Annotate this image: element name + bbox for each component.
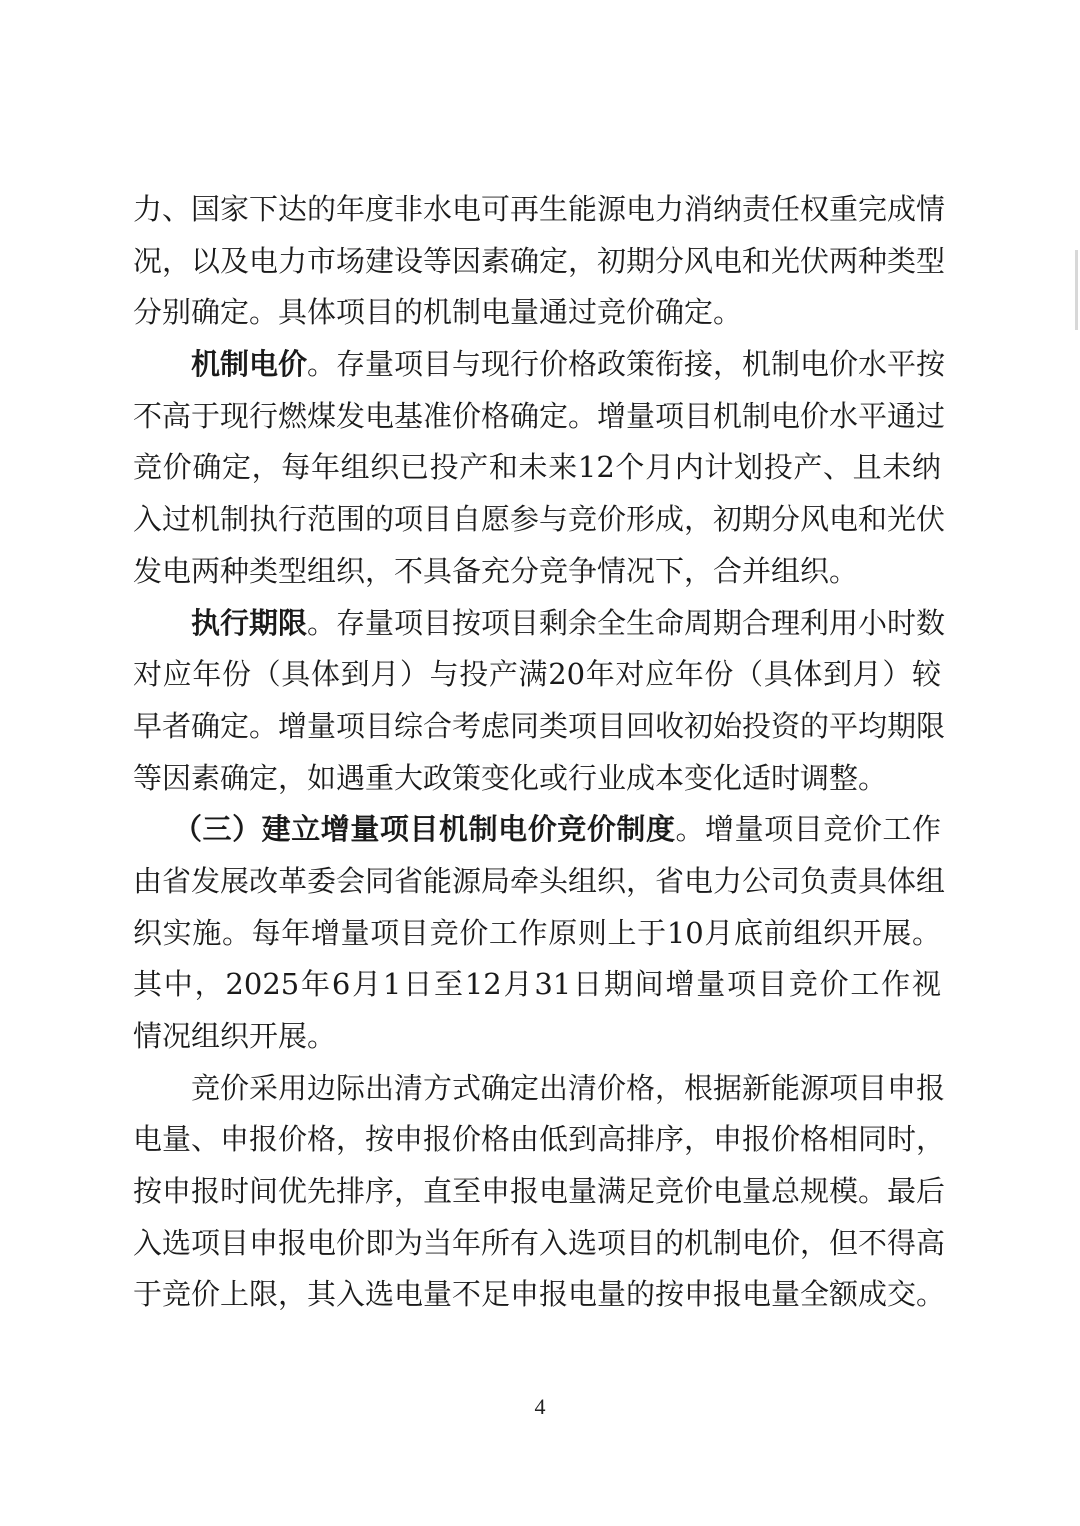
text-line: 织实施。每年增量项目竞价工作原则上于10月底前组织开展。 bbox=[133, 908, 941, 960]
text-line: 早者确定。增量项目综合考虑同类项目回收初始投资的平均期限 bbox=[133, 701, 941, 753]
section-heading: （三）建立增量项目机制电价竞价制度 bbox=[173, 812, 676, 846]
text-line: 竞价采用边际出清方式确定出清价格，根据新能源项目申报 bbox=[133, 1063, 941, 1115]
paragraph-execution-period: 执行期限。存量项目按项目剩余全生命周期合理利用小时数 对应年份（具体到月）与投产… bbox=[133, 598, 941, 805]
text-line: 于竞价上限，其入选电量不足申报电量的按申报电量全额成交。 bbox=[133, 1269, 941, 1321]
text-line: 况，以及电力市场建设等因素确定，初期分风电和光伏两种类型 bbox=[133, 236, 941, 288]
text-line: 竞价确定，每年组织已投产和未来12个月内计划投产、且未纳 bbox=[133, 442, 941, 494]
text-line: 按申报时间优先排序，直至申报电量满足竞价电量总规模。最后 bbox=[133, 1166, 941, 1218]
text-line: 执行期限。存量项目按项目剩余全生命周期合理利用小时数 bbox=[133, 598, 941, 650]
scan-edge-mark bbox=[1075, 250, 1078, 330]
text-line: 等因素确定，如遇重大政策变化或行业成本变化适时调整。 bbox=[133, 753, 941, 805]
text-run: 。存量项目与现行价格政策衔接，机制电价水平按 bbox=[307, 347, 945, 381]
text-line: 入过机制执行范围的项目自愿参与竞价形成，初期分风电和光伏 bbox=[133, 494, 941, 546]
page-number: 4 bbox=[0, 1394, 1080, 1420]
paragraph-section-three: （三）建立增量项目机制电价竞价制度。增量项目竞价工作 由省发展改革委会同省能源局… bbox=[133, 804, 941, 1062]
text-line: 入选项目申报电价即为当年所有入选项目的机制电价，但不得高 bbox=[133, 1218, 941, 1270]
text-line: 电量、申报价格，按申报价格由低到高排序，申报价格相同时， bbox=[133, 1114, 941, 1166]
paragraph-mechanism-price: 机制电价。存量项目与现行价格政策衔接，机制电价水平按 不高于现行燃煤发电基准价格… bbox=[133, 339, 941, 597]
text-line: 情况组织开展。 bbox=[133, 1011, 941, 1063]
text-line: 力、国家下达的年度非水电可再生能源电力消纳责任权重完成情 bbox=[133, 184, 941, 236]
text-line: 分别确定。具体项目的机制电量通过竞价确定。 bbox=[133, 287, 941, 339]
text-line: 不高于现行燃煤发电基准价格确定。增量项目机制电价水平通过 bbox=[133, 391, 941, 443]
paragraph-continuation: 力、国家下达的年度非水电可再生能源电力消纳责任权重完成情 况，以及电力市场建设等… bbox=[133, 184, 941, 339]
text-line: 其中，2025年6月1日至12月31日期间增量项目竞价工作视 bbox=[133, 959, 941, 1011]
text-line: 对应年份（具体到月）与投产满20年对应年份（具体到月）较 bbox=[133, 649, 941, 701]
paragraph-heading: 机制电价 bbox=[191, 347, 307, 381]
paragraph-bidding-method: 竞价采用边际出清方式确定出清价格，根据新能源项目申报 电量、申报价格，按申报价格… bbox=[133, 1063, 941, 1321]
paragraph-heading: 执行期限 bbox=[191, 606, 307, 640]
document-page: 力、国家下达的年度非水电可再生能源电力消纳责任权重完成情 况，以及电力市场建设等… bbox=[133, 184, 941, 1321]
text-line: 机制电价。存量项目与现行价格政策衔接，机制电价水平按 bbox=[133, 339, 941, 391]
text-run: 。存量项目按项目剩余全生命周期合理利用小时数 bbox=[307, 606, 945, 640]
text-line: 发电两种类型组织，不具备充分竞争情况下，合并组织。 bbox=[133, 546, 941, 598]
text-run: 。增量项目竞价工作 bbox=[676, 812, 941, 846]
text-line: 由省发展改革委会同省能源局牵头组织，省电力公司负责具体组 bbox=[133, 856, 941, 908]
text-line: （三）建立增量项目机制电价竞价制度。增量项目竞价工作 bbox=[133, 804, 941, 856]
